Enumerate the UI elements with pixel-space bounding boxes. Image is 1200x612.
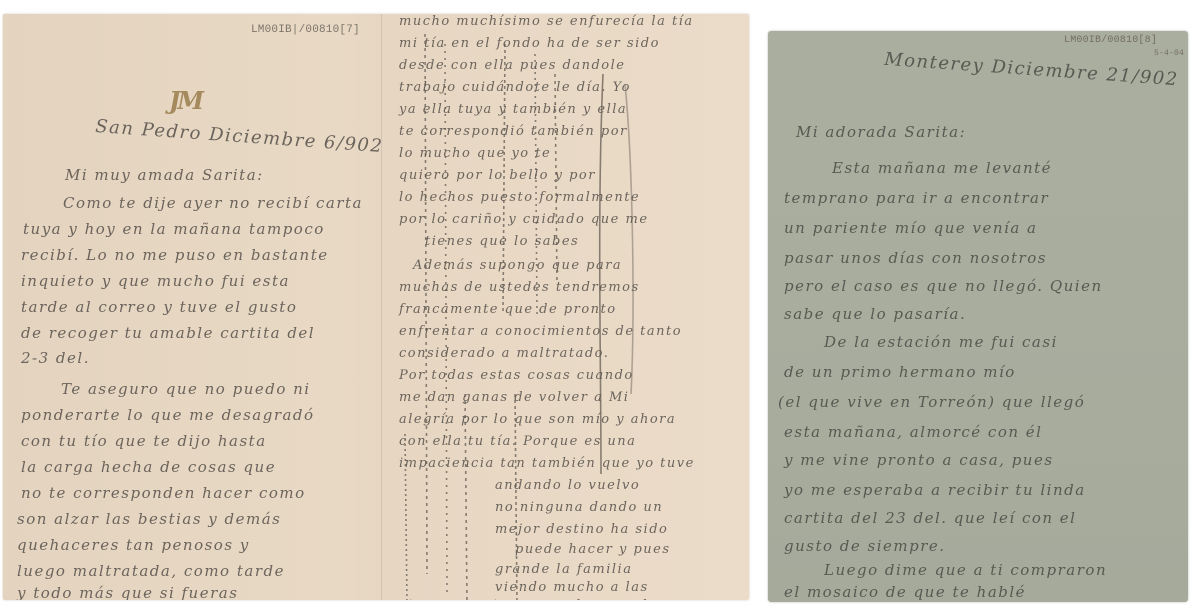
salutation-right: Mi adorada Sarita: — [796, 123, 966, 141]
text-line: mi tía en el fondo ha de ser sido — [399, 36, 660, 51]
text-line: el mosaico de que te hablé — [784, 583, 1026, 601]
catalog-number-left: LM00IB|/00810[7] — [251, 24, 360, 36]
text-line: lo hechos puesto formalmente — [399, 190, 640, 205]
text-line: un pariente mío que venía a — [784, 219, 1038, 237]
text-line: Esta mañana me levanté — [832, 159, 1052, 177]
text-line: inquieto y que mucho fui esta — [21, 272, 290, 290]
text-line: te correspondió también por — [399, 124, 628, 139]
text-line: lo mucho que yo te — [399, 146, 551, 161]
text-line: cartita del 23 del. que leí con el — [784, 509, 1076, 527]
text-line: con tu tío que te dijo hasta — [21, 432, 267, 450]
place-date-right: Monterey Diciembre 21/902 — [884, 49, 1180, 91]
text-line: francamente que de pronto — [399, 302, 617, 317]
text-line: Te aseguro que no puedo ni — [61, 380, 311, 398]
text-line: luego maltratada, como tarde — [17, 562, 285, 580]
text-line: enfrentar a conocimientos de tanto — [399, 324, 682, 339]
text-line: pero el caso es que no llegó. Quien — [784, 277, 1103, 295]
text-line: ponderarte lo que me desagradó — [21, 406, 315, 424]
text-line: ya ella tuya y también y ella — [399, 102, 627, 117]
text-line: puede hacer y pues — [515, 542, 671, 557]
text-line: recibí. Lo no me puso en bastante — [21, 246, 329, 264]
text-line: grande la familia — [495, 562, 632, 577]
text-line: circunstancias que todo eran de — [399, 598, 657, 600]
text-line: esta mañana, almorcé con él — [784, 423, 1042, 441]
text-line: Además supongo que para — [413, 258, 622, 273]
text-line: la carga hecha de cosas que — [21, 458, 276, 476]
text-line: considerado a maltratado. — [399, 346, 609, 361]
text-line: andando lo vuelvo — [495, 478, 640, 493]
page-fold — [381, 14, 383, 600]
text-line: viendo mucho a las — [495, 580, 649, 595]
place-date-left: San Pedro Diciembre 6/902 — [95, 116, 384, 157]
text-line: alegría por lo que son mío y ahora — [399, 412, 676, 427]
text-line: pasar unos días con nosotros — [784, 249, 1047, 267]
text-line: sabe que lo pasaría. — [784, 305, 966, 323]
text-line: y me vine pronto a casa, pues — [784, 451, 1054, 469]
text-line: mejor destino ha sido — [495, 522, 668, 537]
text-line: por lo cariño y cuidado que me — [399, 212, 649, 227]
text-line: me dan ganas de volver a Mi — [399, 390, 629, 405]
text-line: gusto de siempre. — [784, 537, 946, 555]
letter-page-right: LM00IB/00810[8] 5-4-04 Monterey Diciembr… — [768, 31, 1188, 602]
text-line: de recoger tu amable cartita del — [21, 324, 315, 342]
text-line: de un primo hermano mío — [784, 363, 1016, 381]
text-line: Por todas estas cosas cuando — [399, 368, 634, 383]
text-line: Luego dime que a ti compraron — [824, 561, 1107, 579]
text-line: quehaceres tan penosos y — [17, 536, 250, 554]
text-line: quiero por lo bello y por — [399, 168, 596, 183]
text-line: no te corresponden hacer como — [21, 484, 306, 502]
text-line: no ninguna dando un — [495, 500, 663, 515]
monogram: JM — [169, 86, 201, 115]
text-line: con ella tu tía. Porque es una — [399, 434, 636, 449]
text-line: muchas de ustedes tendremos — [399, 280, 640, 295]
letter-spread-left: LM00IB|/00810[7] JM San Pedro Diciembre … — [3, 14, 749, 600]
text-line: yo me esperaba a recibir tu linda — [784, 481, 1086, 499]
text-line: tuya y hoy en la mañana tampoco — [23, 220, 325, 238]
text-line: y todo más que si fueras — [17, 584, 238, 600]
letter-body-middle: mucho muchísimo se enfurecía la tía mi t… — [385, 14, 749, 600]
text-line: mucho muchísimo se enfurecía la tía — [399, 14, 694, 29]
text-line: tarde al correo y tuve el gusto — [21, 298, 297, 316]
catalog-number-right: LM00IB/00810[8] — [1064, 35, 1157, 46]
text-line: desde con ella pues dandole — [399, 58, 625, 73]
text-line: Como te dije ayer no recibí carta — [63, 194, 363, 212]
text-line: impaciencia tan también que yo tuve — [399, 456, 695, 471]
text-line: (el que vive en Torreón) que llegó — [778, 393, 1085, 411]
text-line: tienes que lo sabes — [425, 234, 579, 249]
salutation-left: Mi muy amada Sarita: — [65, 166, 264, 184]
text-line: De la estación me fui casi — [824, 333, 1058, 351]
text-line: son alzar las bestias y demás — [17, 510, 281, 528]
text-line: 2-3 del. — [21, 349, 90, 367]
text-line: temprano para ir a encontrar — [784, 189, 1049, 207]
catalog-subnote: 5-4-04 — [1154, 49, 1184, 58]
text-line: trabajo cuidándote le día. Yo — [399, 80, 631, 95]
